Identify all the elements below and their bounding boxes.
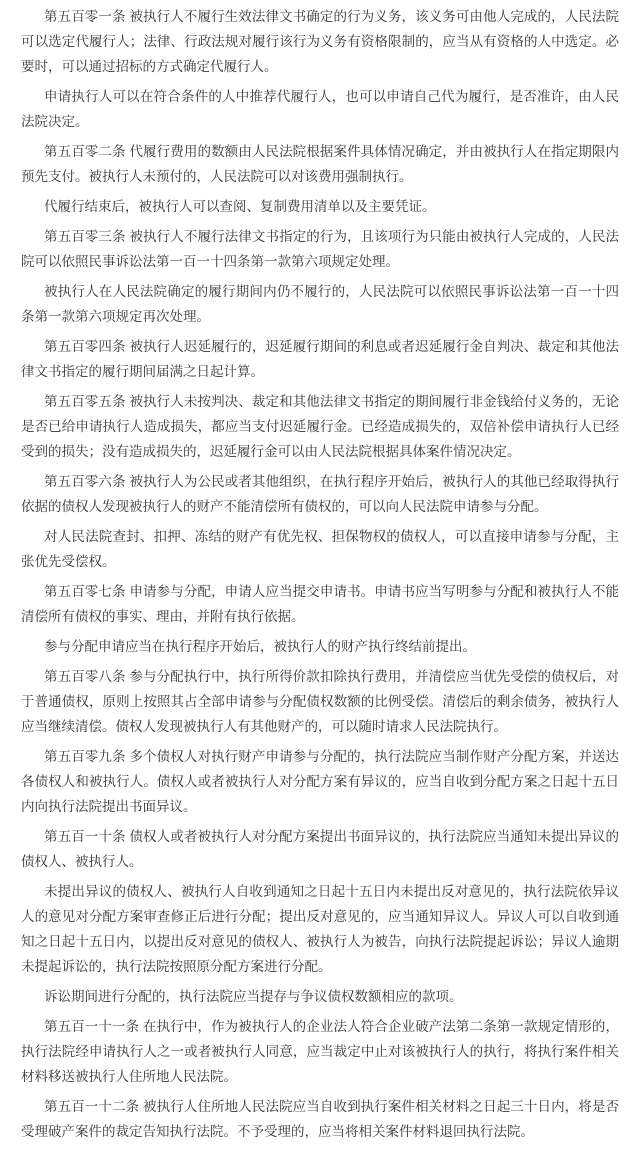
article-paragraph-503-cont: 被执行人在人民法院确定的履行期间内仍不履行的，人民法院可以依照民事诉讼法第一百一… (21, 279, 619, 329)
article-paragraph-504: 第五百零四条 被执行人迟延履行的，迟延履行期间的利息或者迟延履行金自判决、裁定和… (21, 334, 619, 384)
article-paragraph-510: 第五百一十条 债权人或者被执行人对分配方案提出书面异议的，执行法院应当通知未提出… (21, 824, 619, 874)
article-paragraph-502-cont: 代履行结束后，被执行人可以查阅、复制费用清单以及主要凭证。 (21, 194, 619, 219)
article-paragraph-509: 第五百零九条 多个债权人对执行财产申请参与分配的，执行法院应当制作财产分配方案，… (21, 744, 619, 819)
article-paragraph-510-cont2: 诉讼期间进行分配的，执行法院应当提存与争议债权数额相应的款项。 (21, 984, 619, 1009)
article-paragraph-508: 第五百零八条 参与分配执行中，执行所得价款扣除执行费用，并清偿应当优先受偿的债权… (21, 664, 619, 739)
article-paragraph-501-cont: 申请执行人可以在符合条件的人中推荐代履行人，也可以申请自己代为履行，是否准许，由… (21, 84, 619, 134)
article-paragraph-510-cont: 未提出异议的债权人、被执行人自收到通知之日起十五日内未提出反对意见的，执行法院依… (21, 879, 619, 979)
article-paragraph-507: 第五百零七条 申请参与分配，申请人应当提交申请书。申请书应当写明参与分配和被执行… (21, 579, 619, 629)
article-paragraph-512: 第五百一十二条 被执行人住所地人民法院应当自收到执行案件相关材料之日起三十日内，… (21, 1094, 619, 1144)
article-paragraph-501: 第五百零一条 被执行人不履行生效法律文书确定的行为义务，该义务可由他人完成的，人… (21, 4, 619, 79)
article-paragraph-507-cont: 参与分配申请应当在执行程序开始后，被执行人的财产执行终结前提出。 (21, 634, 619, 659)
article-paragraph-503: 第五百零三条 被执行人不履行法律文书指定的行为，且该项行为只能由被执行人完成的，… (21, 224, 619, 274)
legal-document-page: 第五百零一条 被执行人不履行生效法律文书确定的行为义务，该义务可由他人完成的，人… (0, 0, 640, 1157)
article-paragraph-511: 第五百一十一条 在执行中，作为被执行人的企业法人符合企业破产法第二条第一款规定情… (21, 1014, 619, 1089)
article-paragraph-505: 第五百零五条 被执行人未按判决、裁定和其他法律文书指定的期间履行非金钱给付义务的… (21, 389, 619, 464)
article-paragraph-506-cont: 对人民法院查封、扣押、冻结的财产有优先权、担保物权的债权人，可以直接申请参与分配… (21, 524, 619, 574)
article-paragraph-502: 第五百零二条 代履行费用的数额由人民法院根据案件具体情况确定，并由被执行人在指定… (21, 139, 619, 189)
article-paragraph-506: 第五百零六条 被执行人为公民或者其他组织，在执行程序开始后，被执行人的其他已经取… (21, 469, 619, 519)
